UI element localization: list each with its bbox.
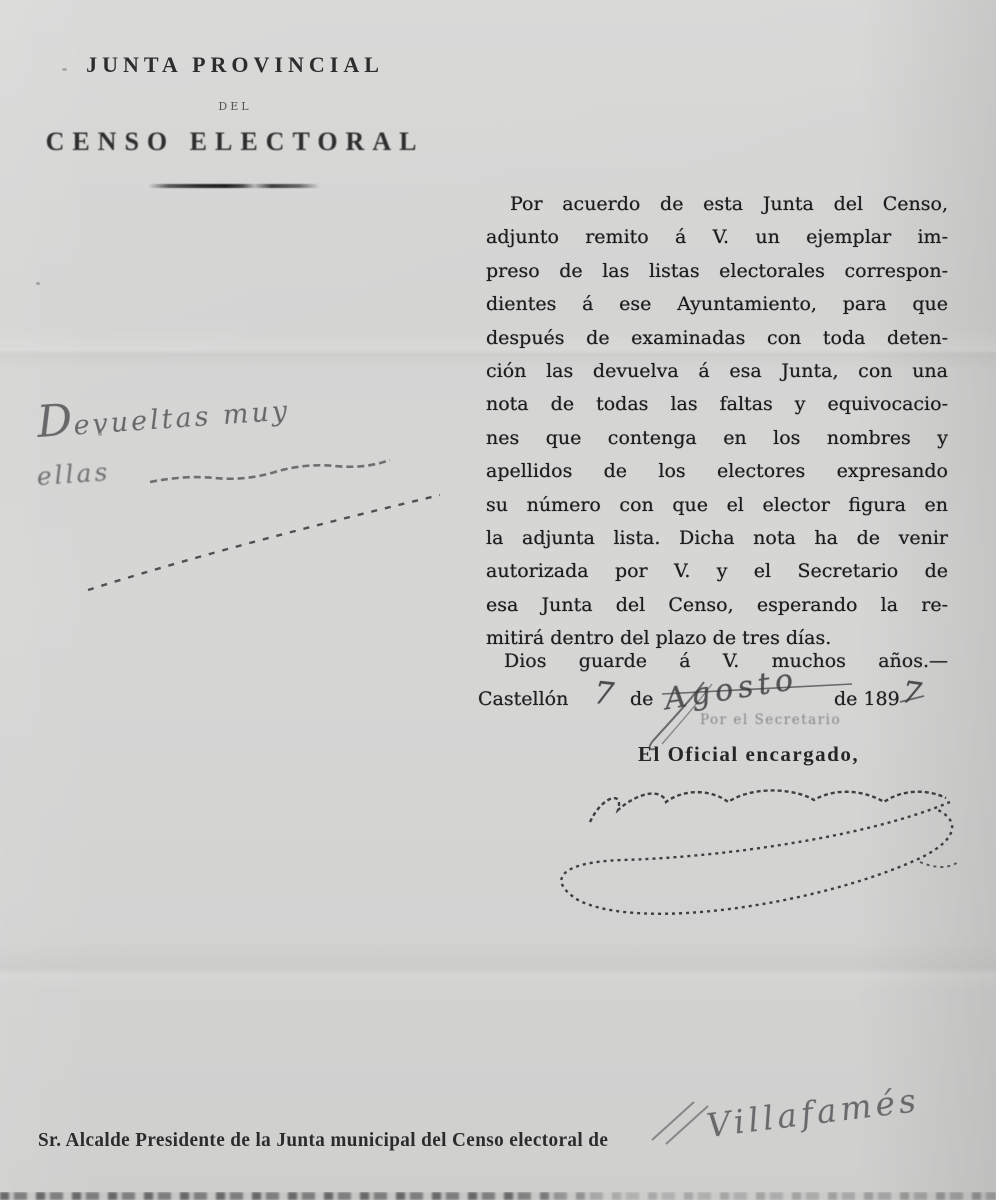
paper-crease: [0, 940, 996, 990]
handwritten-note: Devueltas muy ellas: [35, 367, 471, 491]
body-line: ción las devuelva á esa Junta, con una: [486, 355, 948, 388]
body-line: después de examinadas con toda deten-: [486, 322, 948, 355]
handwritten-year-digit: 7: [900, 675, 924, 712]
signature-scribble: [590, 790, 946, 822]
body-line: dientes á ese Ayuntamiento, para que: [486, 288, 948, 321]
body-line: adjunto remito á V. un ejemplar im-: [486, 221, 948, 254]
footer-address: Sr. Alcalde Presidente de la Junta munic…: [38, 1129, 608, 1152]
bottom-scan-artifact: [0, 1192, 996, 1200]
place-name: Castellón: [478, 688, 568, 710]
body-line: nes que contenga en los nombres y: [486, 422, 948, 455]
body-line: nota de todas las faltas y equivocacio-: [486, 388, 948, 421]
municipality-lead-strokes: [652, 1102, 708, 1144]
footer-address-line: Sr. Alcalde Presidente de la Junta munic…: [38, 1129, 632, 1152]
body-line: apellidos de los electores expresando: [486, 455, 948, 488]
body-line: preso de las listas electorales correspo…: [486, 255, 948, 288]
note-flourish: [88, 495, 440, 590]
signature-tail: [920, 862, 958, 867]
handwritten-day: 7: [592, 675, 615, 713]
body-line: la adjunta lista. Dicha nota ha de venir: [486, 522, 948, 555]
official-title: El Oficial encargado,: [638, 742, 859, 767]
body-line: su número con que el elector figura en: [486, 489, 948, 522]
body-line: esa Junta del Censo, esperando la re-: [486, 589, 948, 622]
letter-body: Por acuerdo de esta Junta del Censo,adju…: [486, 188, 948, 656]
date-de: de: [630, 688, 653, 710]
ink-speck: [36, 282, 40, 285]
body-line: Por acuerdo de esta Junta del Censo,: [486, 188, 948, 221]
valediction: Dios guarde á V. muchos años.—: [486, 650, 948, 672]
secretary-line: Por el Secretario: [700, 712, 841, 728]
letterhead: JUNTA PROVINCIAL DEL CENSO ELECTORAL: [40, 52, 430, 157]
footer-municipality-handwritten: Villafamés: [704, 1080, 921, 1145]
date-de-year: de 189: [834, 688, 900, 710]
letterhead-line3: CENSO ELECTORAL: [40, 127, 430, 157]
scanned-letter-page: JUNTA PROVINCIAL DEL CENSO ELECTORAL Dev…: [0, 0, 996, 1200]
letterhead-line2: DEL: [40, 100, 430, 113]
body-line: autorizada por V. y el Secretario de: [486, 555, 948, 588]
signature-rubric: [561, 802, 952, 914]
letterhead-rule: [148, 184, 320, 188]
letterhead-line1: JUNTA PROVINCIAL: [40, 52, 430, 78]
